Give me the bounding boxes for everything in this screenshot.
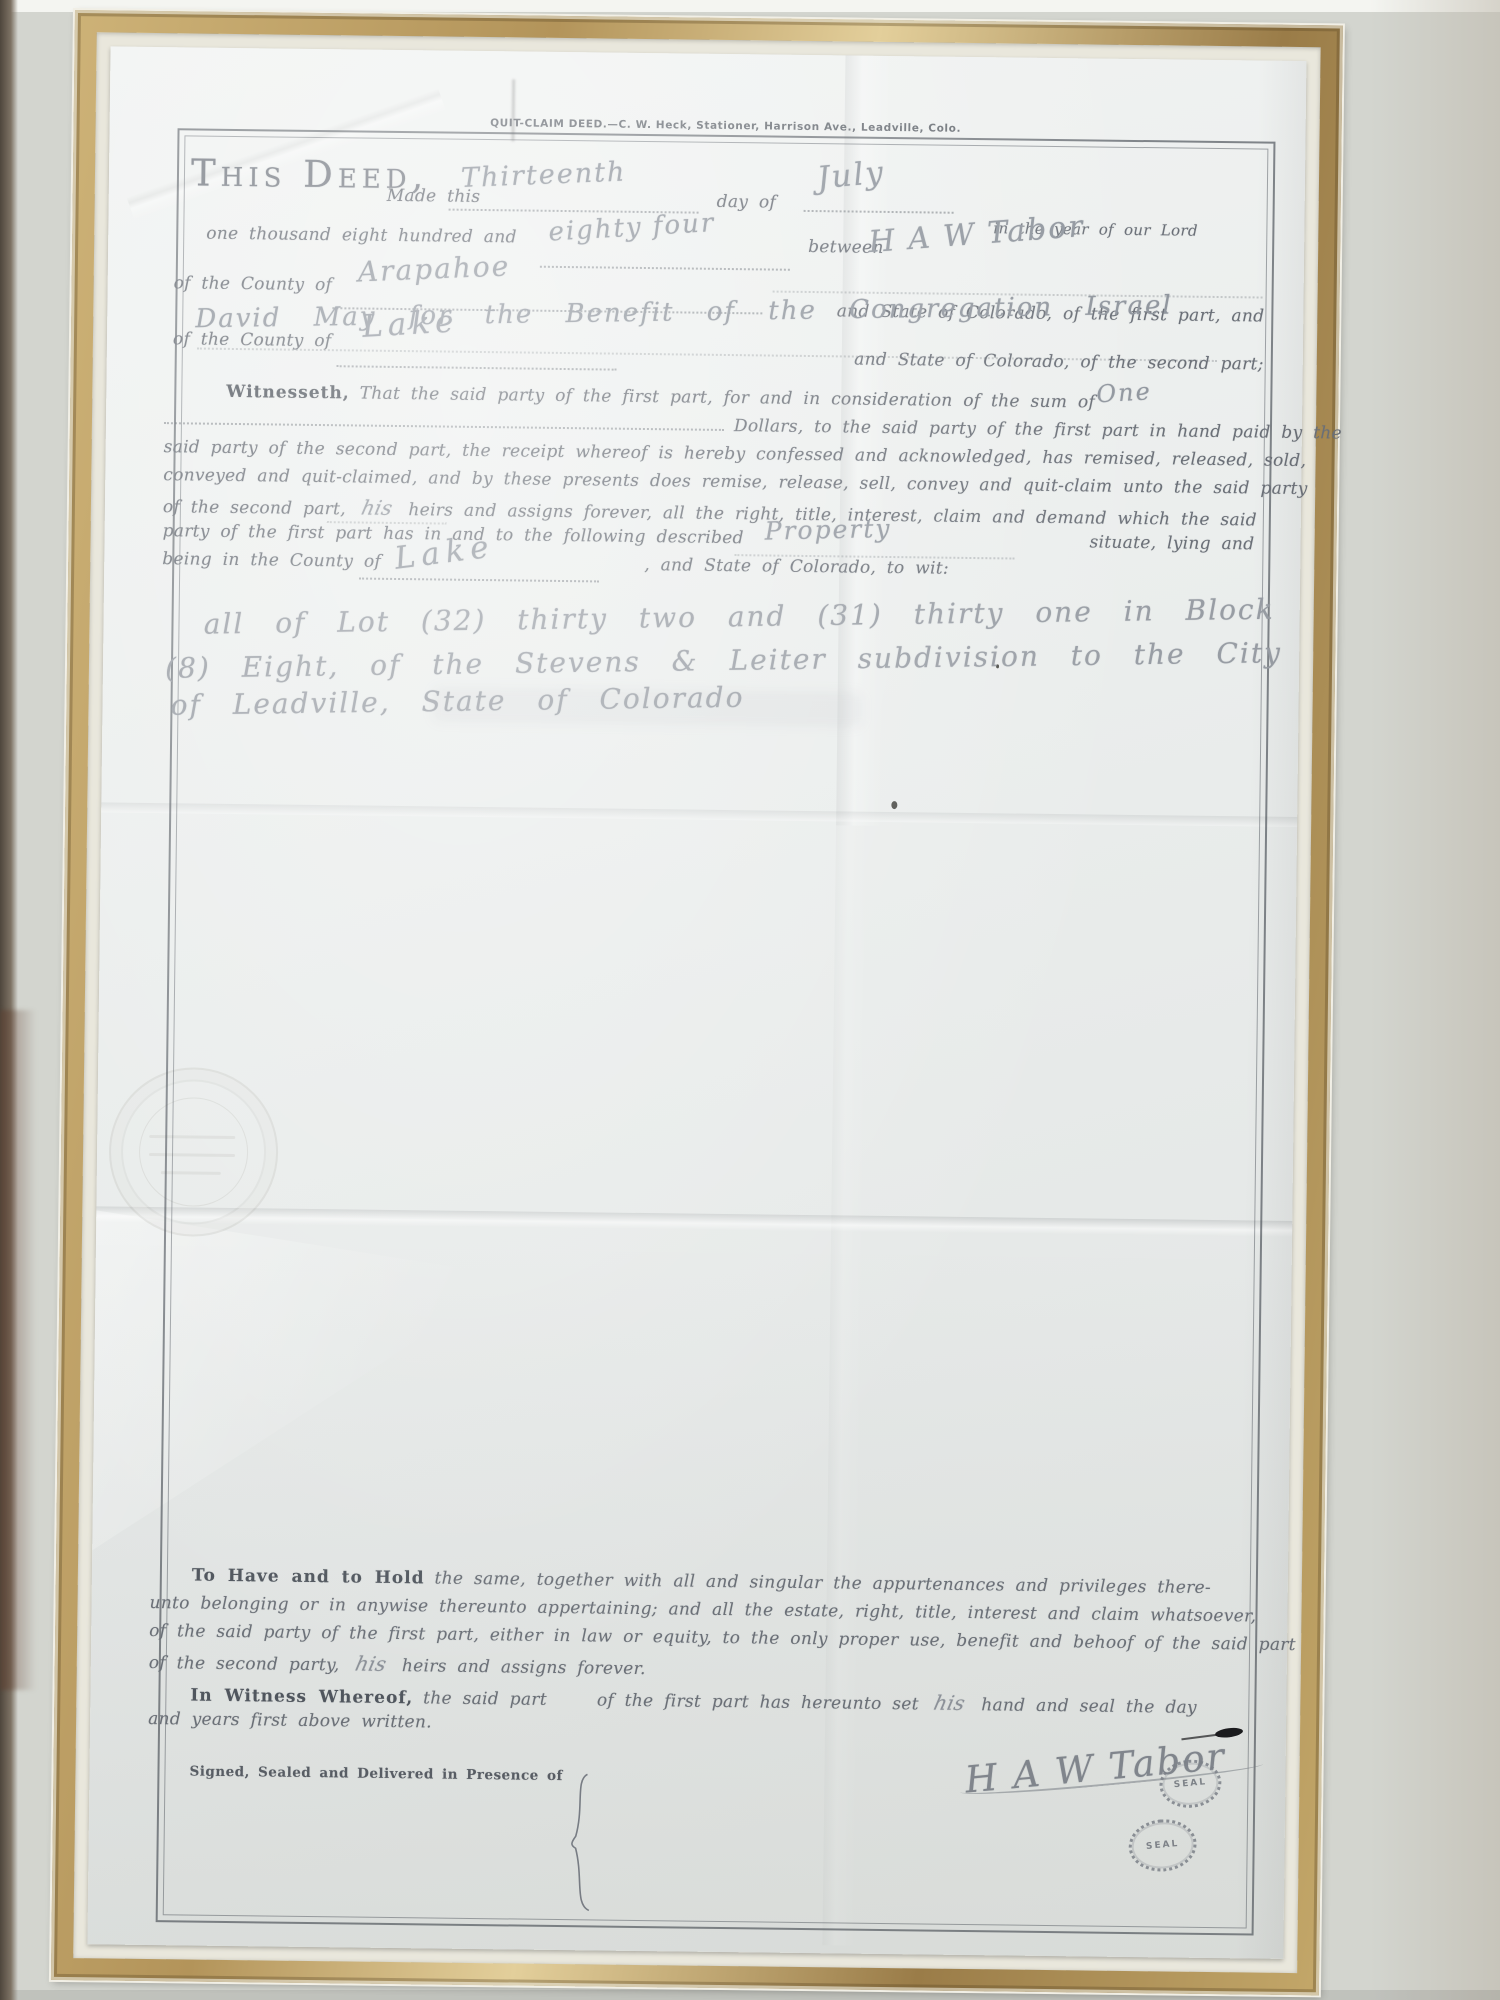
witness-line2: and years first above written. xyxy=(148,1709,432,1732)
paper-streak xyxy=(511,79,515,141)
county-of-label-1: of the County of xyxy=(174,273,333,295)
day-of-label: day of xyxy=(717,192,777,213)
habendum-line4-post: heirs and assigns forever. xyxy=(402,1656,646,1679)
handwritten-his-1: his xyxy=(359,496,395,520)
habendum-line4-pre: of the second party, xyxy=(149,1653,340,1675)
seal-1-text: SEAL xyxy=(1173,1777,1207,1790)
witness-line1-c: hand and seal the day xyxy=(981,1695,1197,1718)
photo-left-frame-edge xyxy=(0,1010,36,1690)
year-printed-label: one thousand eight hundred and xyxy=(206,224,517,248)
witnesseth-line5-pre: of the second part, xyxy=(163,497,346,519)
handwritten-county-2: Lake xyxy=(361,303,459,344)
habendum-label: To Have and to Hold xyxy=(192,1566,425,1589)
witnesseth-line7-pre: being in the County of xyxy=(162,549,381,572)
witnesseth-line6-post: situate, lying and xyxy=(1089,532,1254,554)
photo-right-shade xyxy=(1370,0,1500,2000)
picture-frame: QUIT-CLAIM DEED.—C. W. Heck, Stationer, … xyxy=(51,10,1343,1995)
witnesseth-line7-post: , and State of Colorado, to wit: xyxy=(644,555,949,579)
handwritten-county-1: Arapahoe xyxy=(357,249,511,288)
blank-gap xyxy=(547,1705,597,1706)
form-header: QUIT-CLAIM DEED.—C. W. Heck, Stationer, … xyxy=(185,113,1267,138)
document-paper: QUIT-CLAIM DEED.—C. W. Heck, Stationer, … xyxy=(87,46,1306,1958)
handwritten-sum: One xyxy=(1096,377,1153,408)
witness-label: In Witness Whereof, xyxy=(190,1686,413,1709)
gold-fillet-frame: QUIT-CLAIM DEED.—C. W. Heck, Stationer, … xyxy=(51,10,1343,1995)
witness-brace xyxy=(566,1772,598,1916)
frame-mat: QUIT-CLAIM DEED.—C. W. Heck, Stationer, … xyxy=(73,32,1320,1973)
handwritten-his-2: his xyxy=(353,1652,389,1676)
witnesseth-label: Witnesseth, xyxy=(226,382,350,404)
handwritten-property: Property xyxy=(764,514,891,546)
seal-2-text: SEAL xyxy=(1146,1839,1180,1852)
photo-left-shadow xyxy=(0,0,18,2000)
photo-top-edge xyxy=(0,0,1500,12)
handwritten-his-3: his xyxy=(932,1691,968,1715)
witness-line1-a: the said part xyxy=(423,1688,547,1710)
county-of-label-2: of the County of xyxy=(173,329,332,351)
witness-line1-b: of the first part has hereunto set xyxy=(597,1691,919,1715)
handwritten-day: Thirteenth xyxy=(460,156,627,194)
handwritten-month: July xyxy=(816,154,887,196)
